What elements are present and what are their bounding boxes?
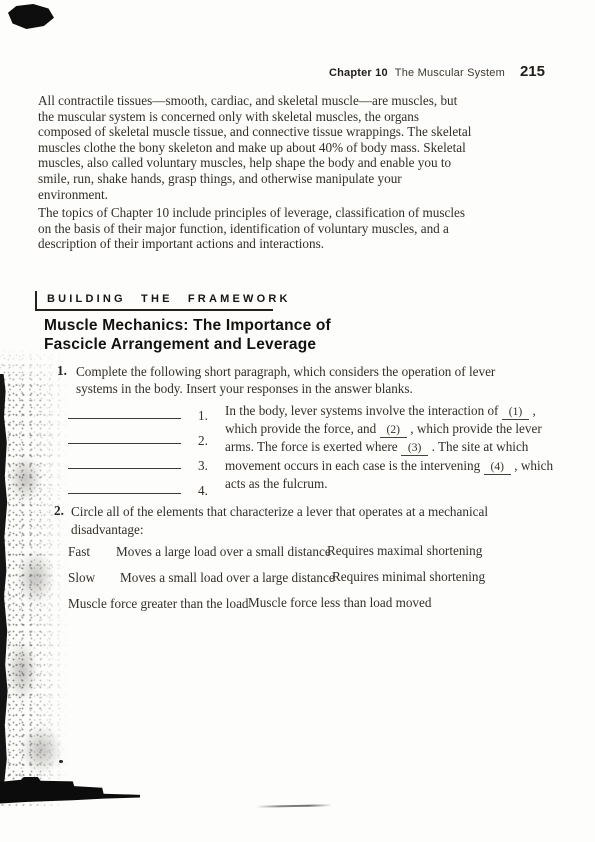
option-moves-small-load: Moves a small load over a large distance bbox=[120, 570, 335, 586]
question-2-prompt: Circle all of the elements that characte… bbox=[71, 503, 488, 538]
section-title-line-1: Muscle Mechanics: The Importance of bbox=[44, 317, 331, 336]
chapter-title: The Muscular System bbox=[395, 67, 505, 79]
text-segment: . The site at which bbox=[428, 439, 528, 454]
fill-paragraph-line: In the body, lever systems involve the i… bbox=[225, 402, 577, 420]
scan-artifact-speck bbox=[59, 760, 63, 763]
text-line: composed of skeletal muscle tissue, and … bbox=[38, 124, 471, 140]
text-segment: arms. The force is exerted where bbox=[225, 439, 401, 454]
scanned-document-page: Chapter 10 The Muscular System 215 All c… bbox=[0, 0, 595, 842]
answer-blank-line bbox=[68, 405, 181, 419]
option-requires-maximal-shortening: Requires maximal shortening bbox=[327, 543, 482, 559]
scan-artifact-blotch bbox=[20, 725, 62, 775]
framework-banner-label: BUILDING THE FRAMEWORK bbox=[47, 293, 271, 305]
answer-blank-line bbox=[68, 455, 181, 469]
answer-blank-row: 4. bbox=[68, 480, 208, 496]
text-line: disadvantage: bbox=[71, 521, 488, 539]
text-line: The topics of Chapter 10 include princip… bbox=[38, 205, 465, 221]
fill-paragraph-line: arms. The force is exerted where (3) . T… bbox=[225, 438, 577, 456]
answer-blank-row: 3. bbox=[68, 455, 208, 471]
option-requires-minimal-shortening: Requires minimal shortening bbox=[332, 569, 485, 585]
question-2-number: 2. bbox=[54, 503, 64, 519]
text-line: environment. bbox=[38, 187, 471, 203]
answer-blank-number: 4. bbox=[198, 483, 208, 499]
fill-paragraph-line: which provide the force, and (2) , which… bbox=[225, 420, 577, 438]
question-1-prompt: Complete the following short paragraph, … bbox=[76, 363, 495, 397]
text-segment: , bbox=[529, 403, 536, 418]
text-line: Circle all of the elements that characte… bbox=[71, 503, 488, 521]
scan-artifact-corner-blob bbox=[8, 4, 54, 29]
inline-answer-blank: (2) bbox=[380, 424, 407, 438]
scan-artifact-blotch bbox=[16, 550, 54, 605]
text-line: Complete the following short paragraph, … bbox=[76, 363, 495, 380]
intro-paragraph-1: All contractile tissues—smooth, cardiac,… bbox=[38, 93, 471, 202]
scan-artifact-blotch bbox=[8, 455, 42, 503]
scan-artifact-bottom-wedge bbox=[0, 777, 140, 804]
text-segment: In the body, lever systems involve the i… bbox=[225, 403, 502, 418]
text-line: muscles, also called voluntary muscles, … bbox=[38, 155, 471, 171]
answer-blank-row: 2. bbox=[68, 430, 208, 446]
option-muscle-force-greater: Muscle force greater than the load bbox=[68, 596, 249, 612]
option-moves-large-load: Moves a large load over a small distance bbox=[116, 544, 331, 560]
text-segment: , which provide the lever bbox=[407, 421, 542, 436]
text-line: systems in the body. Insert your respons… bbox=[76, 380, 495, 397]
fill-paragraph-line: movement occurs in each case is the inte… bbox=[225, 457, 577, 475]
inline-answer-blank: (4) bbox=[484, 461, 511, 475]
scan-artifact-faint-line bbox=[256, 804, 332, 807]
text-segment: which provide the force, and bbox=[225, 421, 380, 436]
fill-in-paragraph: In the body, lever systems involve the i… bbox=[225, 402, 577, 493]
page-number: 215 bbox=[520, 63, 545, 80]
text-segment: acts as the fulcrum. bbox=[225, 476, 328, 491]
text-line: All contractile tissues—smooth, cardiac,… bbox=[38, 93, 471, 109]
answer-blank-row: 1. bbox=[68, 405, 208, 421]
answer-blank-number: 2. bbox=[198, 433, 208, 449]
section-title-line-2: Fascicle Arrangement and Leverage bbox=[44, 336, 331, 355]
answer-blank-line bbox=[68, 480, 181, 494]
section-title: Muscle Mechanics: The Importance of Fasc… bbox=[44, 317, 331, 354]
text-line: smile, run, shake hands, grasp things, a… bbox=[38, 171, 471, 187]
text-line: the muscular system is concerned only wi… bbox=[38, 109, 471, 125]
question-1-number: 1. bbox=[57, 363, 67, 379]
running-head: Chapter 10 The Muscular System 215 bbox=[329, 63, 545, 80]
text-line: muscles clothe the bony skeleton and mak… bbox=[38, 140, 471, 156]
inline-answer-blank: (3) bbox=[401, 442, 428, 456]
option-slow: Slow bbox=[68, 570, 95, 586]
text-segment: movement occurs in each case is the inte… bbox=[225, 458, 484, 473]
answer-blank-number: 1. bbox=[198, 408, 208, 424]
text-line: on the basis of their major function, id… bbox=[38, 221, 465, 237]
framework-banner: BUILDING THE FRAMEWORK bbox=[35, 291, 273, 311]
text-segment: , which bbox=[511, 458, 553, 473]
option-muscle-force-less: Muscle force less than load moved bbox=[248, 595, 431, 611]
answer-blank-line bbox=[68, 430, 181, 444]
fill-paragraph-line: acts as the fulcrum. bbox=[225, 475, 577, 493]
scan-artifact-blotch bbox=[6, 640, 38, 702]
intro-paragraph-2: The topics of Chapter 10 include princip… bbox=[38, 205, 465, 252]
inline-answer-blank: (1) bbox=[502, 406, 529, 420]
chapter-label: Chapter 10 bbox=[329, 67, 388, 79]
option-fast: Fast bbox=[68, 544, 90, 560]
answer-blank-number: 3. bbox=[198, 458, 208, 474]
text-line: description of their important actions a… bbox=[38, 236, 465, 252]
